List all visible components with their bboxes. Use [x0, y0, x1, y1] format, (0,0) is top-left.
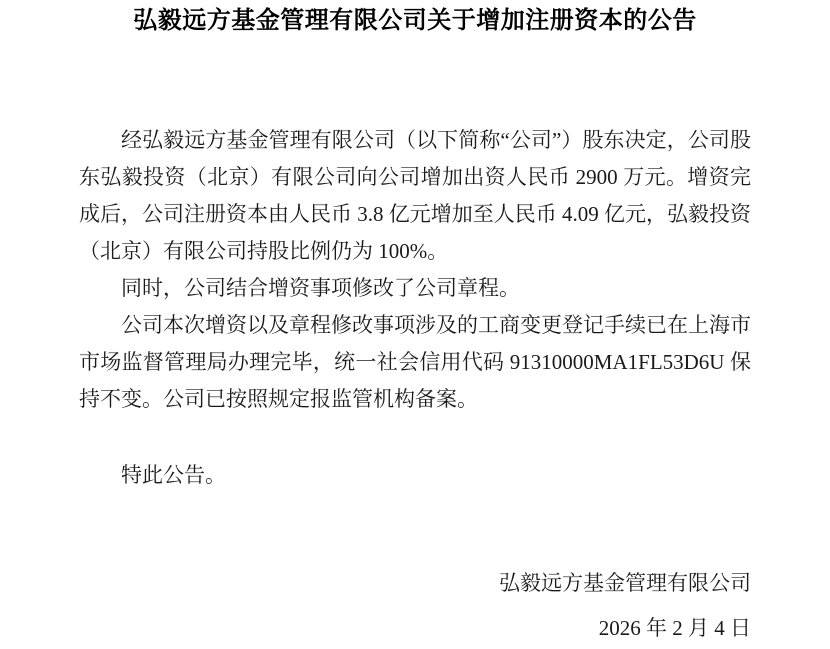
signature-company-name: 弘毅远方基金管理有限公司	[79, 565, 751, 602]
document-title: 弘毅远方基金管理有限公司关于增加注册资本的公告	[0, 0, 830, 36]
paragraph-capital-increase: 经弘毅远方基金管理有限公司（以下简称“公司”）股东决定，公司股东弘毅投资（北京）…	[79, 122, 751, 270]
paragraph-charter-amendment: 同时，公司结合增资事项修改了公司章程。	[79, 270, 751, 307]
closing-statement: 特此公告。	[79, 457, 751, 494]
paragraph-registration-change: 公司本次增资以及章程修改事项涉及的工商变更登记手续已在上海市市场监督管理局办理完…	[79, 307, 751, 418]
signature-block: 弘毅远方基金管理有限公司 2026 年 2 月 4 日	[79, 565, 751, 647]
document-body: 经弘毅远方基金管理有限公司（以下简称“公司”）股东决定，公司股东弘毅投资（北京）…	[79, 122, 751, 647]
signature-date: 2026 年 2 月 4 日	[79, 610, 751, 647]
announcement-document: 弘毅远方基金管理有限公司关于增加注册资本的公告 经弘毅远方基金管理有限公司（以下…	[0, 0, 830, 649]
